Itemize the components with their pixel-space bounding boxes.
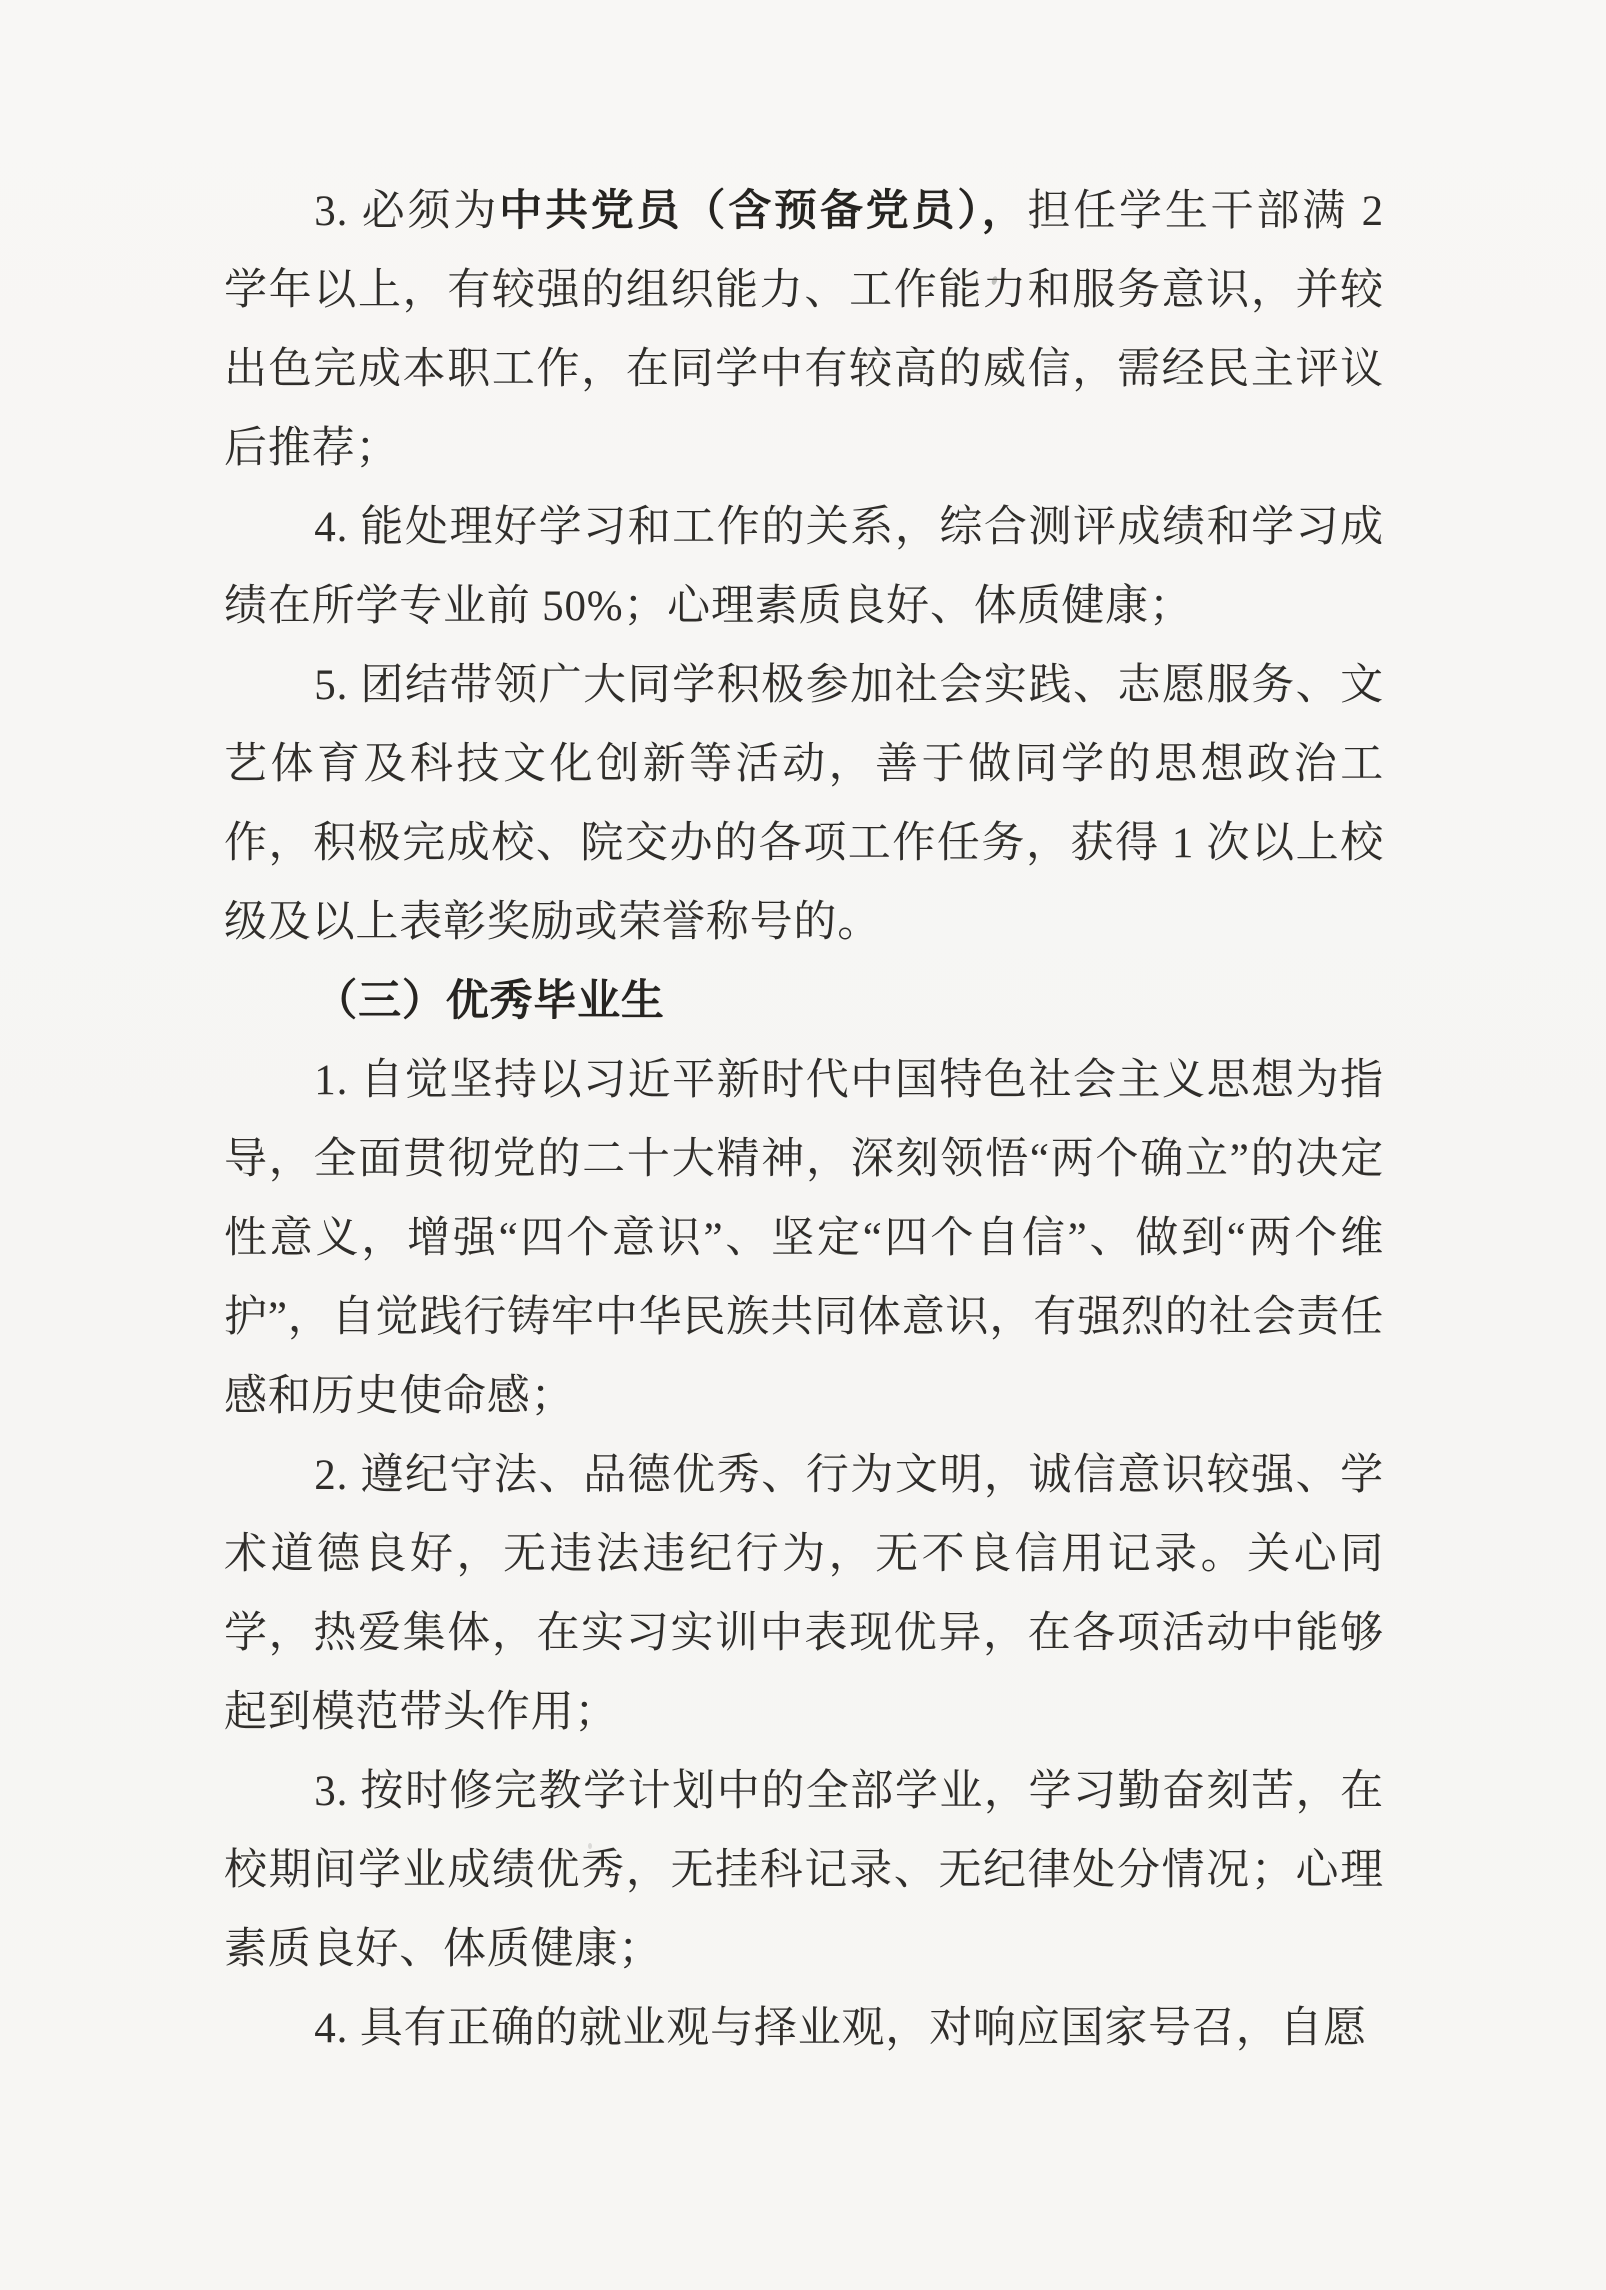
paragraph-criterion-3: 3. 必须为中共党员（含预备党员），担任学生干部满 2 学年以上，有较强的组织能… [224,172,1384,488]
paragraph-graduate-criterion-2: 2. 遵纪守法、品德优秀、行为文明，诚信意识较强、学术道德良好，无违法违纪行为，… [224,1436,1384,1752]
paragraph-graduate-criterion-4: 4. 具有正确的就业观与择业观，对响应国家号召，自愿 [224,1989,1384,2068]
paragraph-graduate-criterion-3: 3. 按时修完教学计划中的全部学业，学习勤奋刻苦，在校期间学业成绩优秀，无挂科记… [224,1752,1384,1989]
paragraph-graduate-criterion-1: 1. 自觉坚持以习近平新时代中国特色社会主义思想为指导，全面贯彻党的二十大精神，… [224,1041,1384,1436]
paragraph-criterion-4: 4. 能处理好学习和工作的关系，综合测评成绩和学习成绩在所学专业前 50%；心理… [224,488,1384,646]
section-heading-outstanding-graduates: （三）优秀毕业生 [224,962,1384,1041]
document-body: 3. 必须为中共党员（含预备党员），担任学生干部满 2 学年以上，有较强的组织能… [224,172,1384,2068]
bold-text-party-member: 中共党员（含预备党员）， [499,188,1027,235]
paragraph-criterion-5: 5. 团结带领广大同学积极参加社会实践、志愿服务、文艺体育及科技文化创新等活动，… [224,646,1384,962]
document-page: 3. 必须为中共党员（含预备党员），担任学生干部满 2 学年以上，有较强的组织能… [0,0,1606,2290]
scan-artifact [588,1843,592,1849]
paragraph-text: 3. 必须为 [314,188,499,235]
